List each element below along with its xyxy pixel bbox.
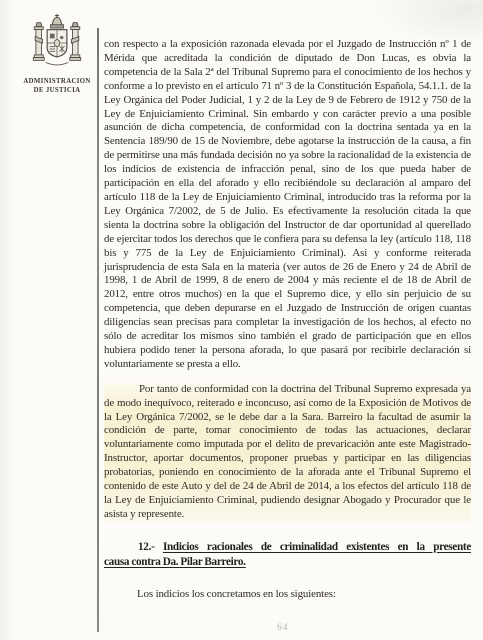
spain-coat-of-arms-icon [26, 12, 88, 76]
document-body: con respecto a la exposición razonada el… [104, 38, 471, 602]
scanned-court-document-page: ADMINISTRACION DE JUSTICIA con respecto … [0, 0, 483, 640]
section-heading-line2: causa contra Da. Pilar Barreiro. [104, 555, 471, 571]
section-heading-line1: 12.- Indicios racionales de criminalidad… [104, 540, 471, 556]
paragraph-por-tanto-highlighted: Por tanto de conformidad con la doctrina… [104, 383, 471, 522]
section-title-line1: Indicios racionales de criminalidad exis… [163, 541, 471, 553]
paragraph-competencia: con respecto a la exposición razonada el… [104, 38, 471, 372]
emblem-label-line1: ADMINISTRACION [15, 78, 99, 87]
closing-line: Los indicios los concretamos en los sigu… [104, 588, 471, 602]
section-title-line2: causa contra Da. Pilar Barreiro. [104, 556, 246, 568]
margin-divider-rule [97, 28, 99, 632]
page-number: 64 [277, 623, 289, 633]
emblem-label-line2: DE JUSTICIA [15, 87, 99, 96]
section-heading-12: 12.- Indicios racionales de criminalidad… [104, 540, 471, 571]
section-number: 12.- [138, 541, 155, 553]
coat-of-arms: ADMINISTRACION DE JUSTICIA [15, 12, 99, 95]
